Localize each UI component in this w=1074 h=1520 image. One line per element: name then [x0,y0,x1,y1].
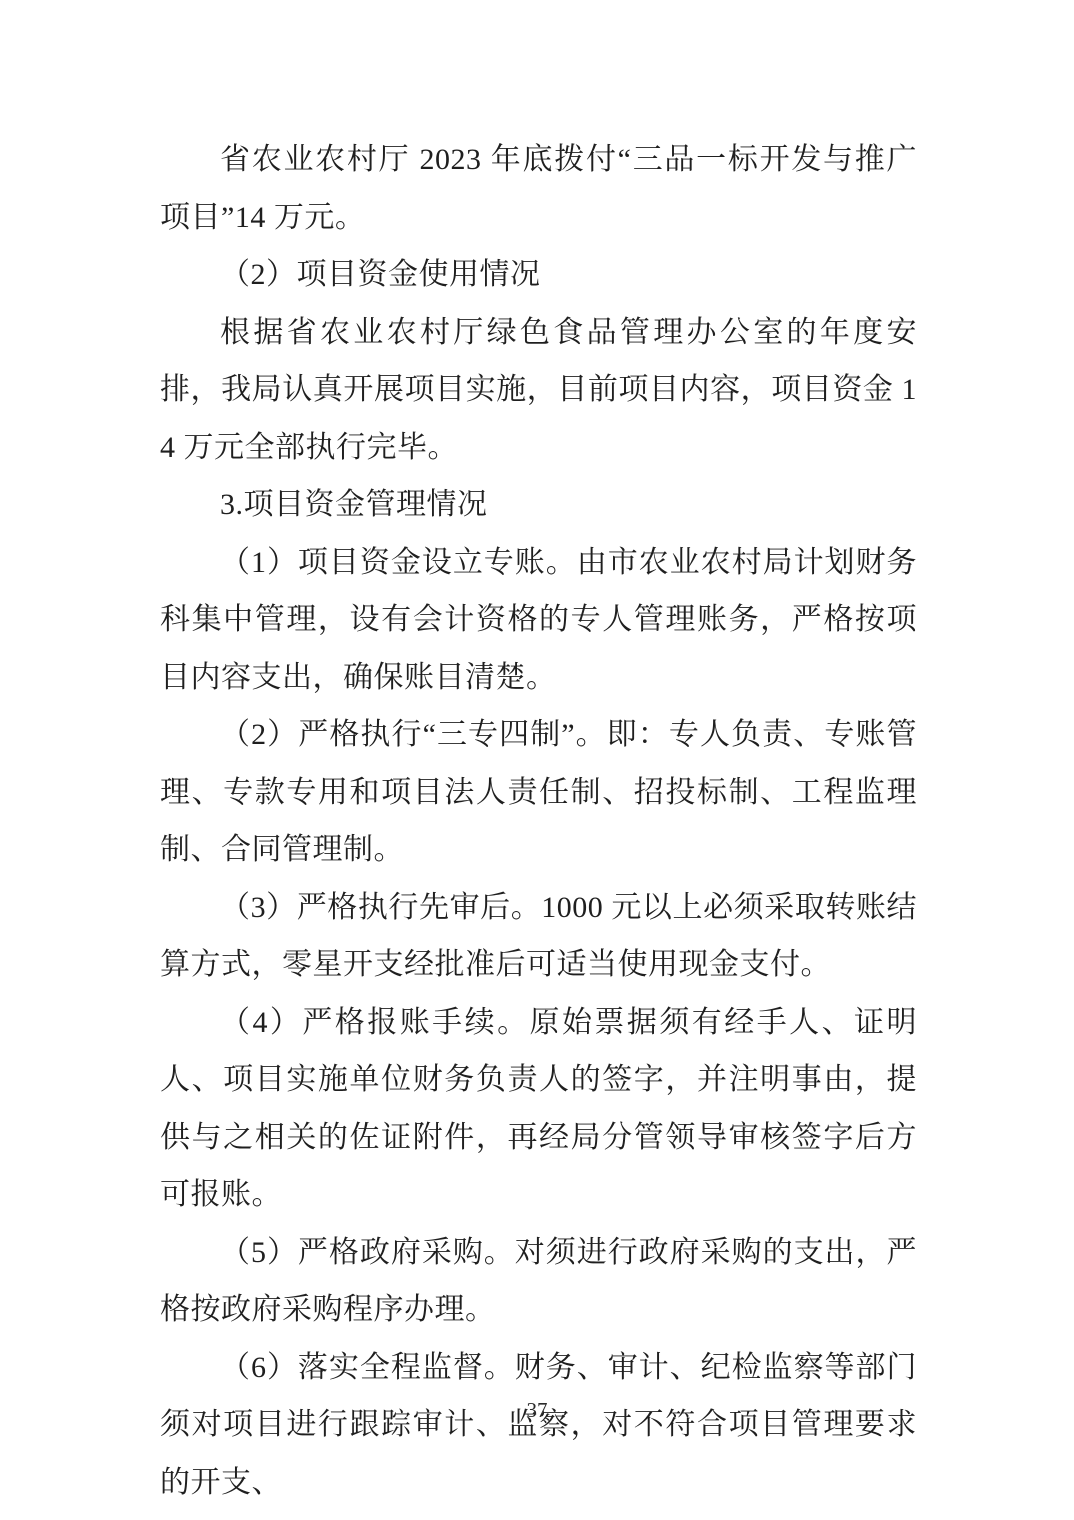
document-body: 省农业农村厅 2023 年底拨付“三品一标开发与推广项目”14 万元。 （2）项… [160,131,917,1511]
paragraph: （2）严格执行“三专四制”。即：专人负责、专账管理、专款专用和项目法人责任制、招… [160,706,917,879]
paragraph: 3.项目资金管理情况 [160,476,917,534]
paragraph: （1）项目资金设立专账。由市农业农村局计划财务科集中管理，设有会计资格的专人管理… [160,534,917,707]
paragraph: （2）项目资金使用情况 [160,246,917,304]
paragraph: 省农业农村厅 2023 年底拨付“三品一标开发与推广项目”14 万元。 [160,131,917,246]
paragraph: （3）严格执行先审后。1000 元以上必须采取转账结算方式，零星开支经批准后可适… [160,879,917,994]
document-page: 省农业农村厅 2023 年底拨付“三品一标开发与推广项目”14 万元。 （2）项… [0,0,1074,1520]
page-footer: 37 [0,1398,1074,1423]
paragraph: （4）严格报账手续。原始票据须有经手人、证明人、项目实施单位财务负责人的签字，并… [160,994,917,1224]
paragraph: （6）落实全程监督。财务、审计、纪检监察等部门须对项目进行跟踪审计、监察，对不符… [160,1339,917,1512]
page-number: 37 [527,1398,548,1422]
paragraph: 根据省农业农村厅绿色食品管理办公室的年度安排，我局认真开展项目实施，目前项目内容… [160,304,917,477]
paragraph: （5）严格政府采购。对须进行政府采购的支出，严格按政府采购程序办理。 [160,1224,917,1339]
